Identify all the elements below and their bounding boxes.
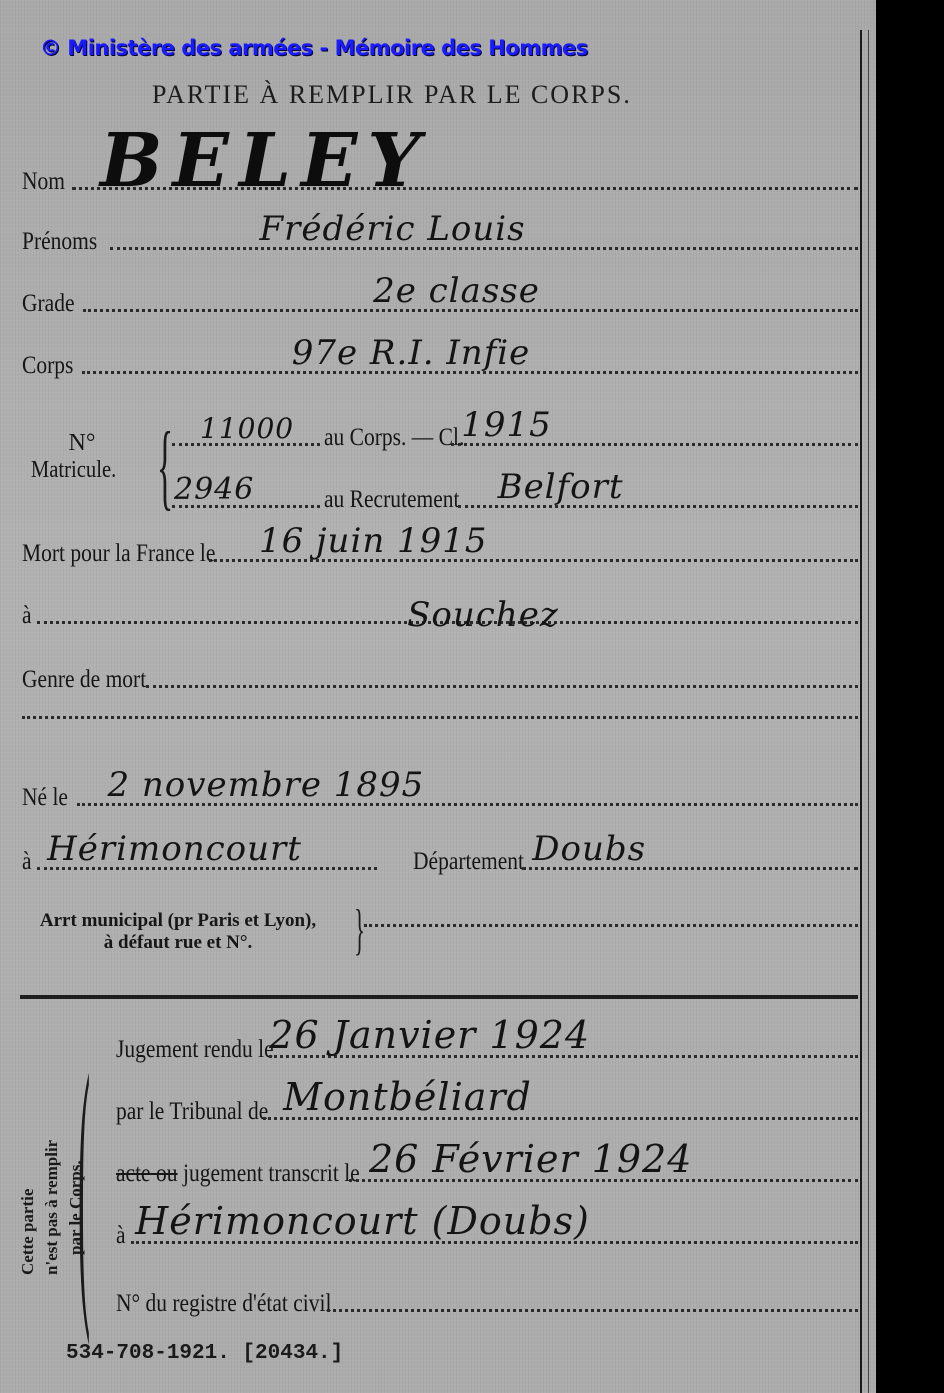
field-mort-a: à Souchez <box>22 602 858 630</box>
field-grade: Grade 2e classe <box>22 290 858 318</box>
field-arrondissement <box>364 924 858 933</box>
value-prenoms: Frédéric Louis <box>260 209 526 249</box>
label-mort-a: à <box>22 602 32 630</box>
value-grade: 2e classe <box>373 271 540 311</box>
field-mort-le: Mort pour la France le 16 juin 1915 <box>22 540 858 568</box>
value-matricule-recrutement: 2946 <box>174 472 254 507</box>
field-corps: Corps 97e R.I. Infie <box>22 352 858 380</box>
matricule-label: N° Matricule. <box>22 430 142 484</box>
field-ne-a: à Hérimoncourt Département Doubs <box>22 848 858 876</box>
value-transcrit: 26 Février 1924 <box>369 1137 692 1181</box>
value-ne-le: 2 novembre 1895 <box>107 765 424 805</box>
label-transcrit: jugement transcrit le <box>183 1160 360 1188</box>
label-grade: Grade <box>22 290 75 318</box>
value-mort-le: 16 juin 1915 <box>259 521 488 561</box>
arrondissement-label: Arrt municipal (pr Paris et Lyon), à déf… <box>18 910 338 954</box>
label-prenoms: Prénoms <box>22 228 97 256</box>
value-ne-a: Hérimoncourt <box>47 829 302 869</box>
brace-icon: ( <box>78 1030 90 1330</box>
copyright-watermark: © Ministère des armées - Mémoire des Hom… <box>40 36 588 60</box>
value-classe: 1915 <box>461 405 552 445</box>
label-au-recrutement: au Recrutement <box>324 486 460 514</box>
label-corps: Corps <box>22 352 73 380</box>
field-genre-de-mort: Genre de mort <box>22 666 858 694</box>
blank-line <box>22 716 858 725</box>
label-tribunal: par le Tribunal de <box>116 1098 268 1126</box>
field-matricule-corps: 11000 au Corps. — Cl. 1915 <box>172 424 858 452</box>
card-edge-line <box>868 30 869 1393</box>
value-corps: 97e R.I. Infie <box>292 333 531 373</box>
death-record-card: © Ministère des armées - Mémoire des Hom… <box>0 0 876 1393</box>
field-ne-le: Né le 2 novembre 1895 <box>22 784 858 812</box>
label-ne-a: à <box>22 848 32 876</box>
value-recrutement-place: Belfort <box>498 467 624 507</box>
field-tribunal: par le Tribunal de Montbéliard <box>116 1098 858 1126</box>
label-au-corps: au Corps. — Cl. <box>324 424 464 452</box>
field-prenoms: Prénoms Frédéric Louis <box>22 228 858 256</box>
value-jugement-rendu: 26 Janvier 1924 <box>269 1013 590 1057</box>
label-jugement-rendu: Jugement rendu le <box>116 1036 274 1064</box>
value-transcrit-a: Hérimoncourt (Doubs) <box>135 1199 590 1243</box>
value-matricule-corps: 11000 <box>200 412 294 445</box>
value-departement: Doubs <box>532 829 646 869</box>
form-heading: PARTIE À REMPLIR PAR LE CORPS. <box>152 80 632 110</box>
field-transcrit: acte ou jugement transcrit le 26 Février… <box>116 1160 858 1188</box>
field-matricule-recrutement: 2946 au Recrutement Belfort <box>172 486 858 514</box>
label-registre: N° du registre d'état civil <box>116 1290 331 1318</box>
label-transcrit-a: à <box>116 1222 126 1250</box>
field-jugement-rendu: Jugement rendu le 26 Janvier 1924 <box>116 1036 858 1064</box>
card-edge-line <box>860 30 862 1393</box>
label-nom: Nom <box>22 168 65 196</box>
field-transcrit-a: à Hérimoncourt (Doubs) <box>116 1222 858 1250</box>
label-acte-ou-struck: acte ou <box>116 1160 177 1188</box>
print-reference: 534-708-1921. [20434.] <box>66 1342 343 1365</box>
label-mort-le: Mort pour la France le <box>22 540 215 568</box>
value-mort-a: Souchez <box>407 595 559 635</box>
field-registre: N° du registre d'état civil <box>116 1290 858 1318</box>
value-tribunal: Montbéliard <box>283 1075 532 1119</box>
section-divider <box>20 995 858 999</box>
brace-icon: { <box>157 418 173 514</box>
value-nom: BELEY <box>100 118 430 204</box>
label-ne-le: Né le <box>22 784 68 812</box>
label-departement: Département <box>413 848 524 876</box>
label-genre-de-mort: Genre de mort <box>22 666 146 694</box>
